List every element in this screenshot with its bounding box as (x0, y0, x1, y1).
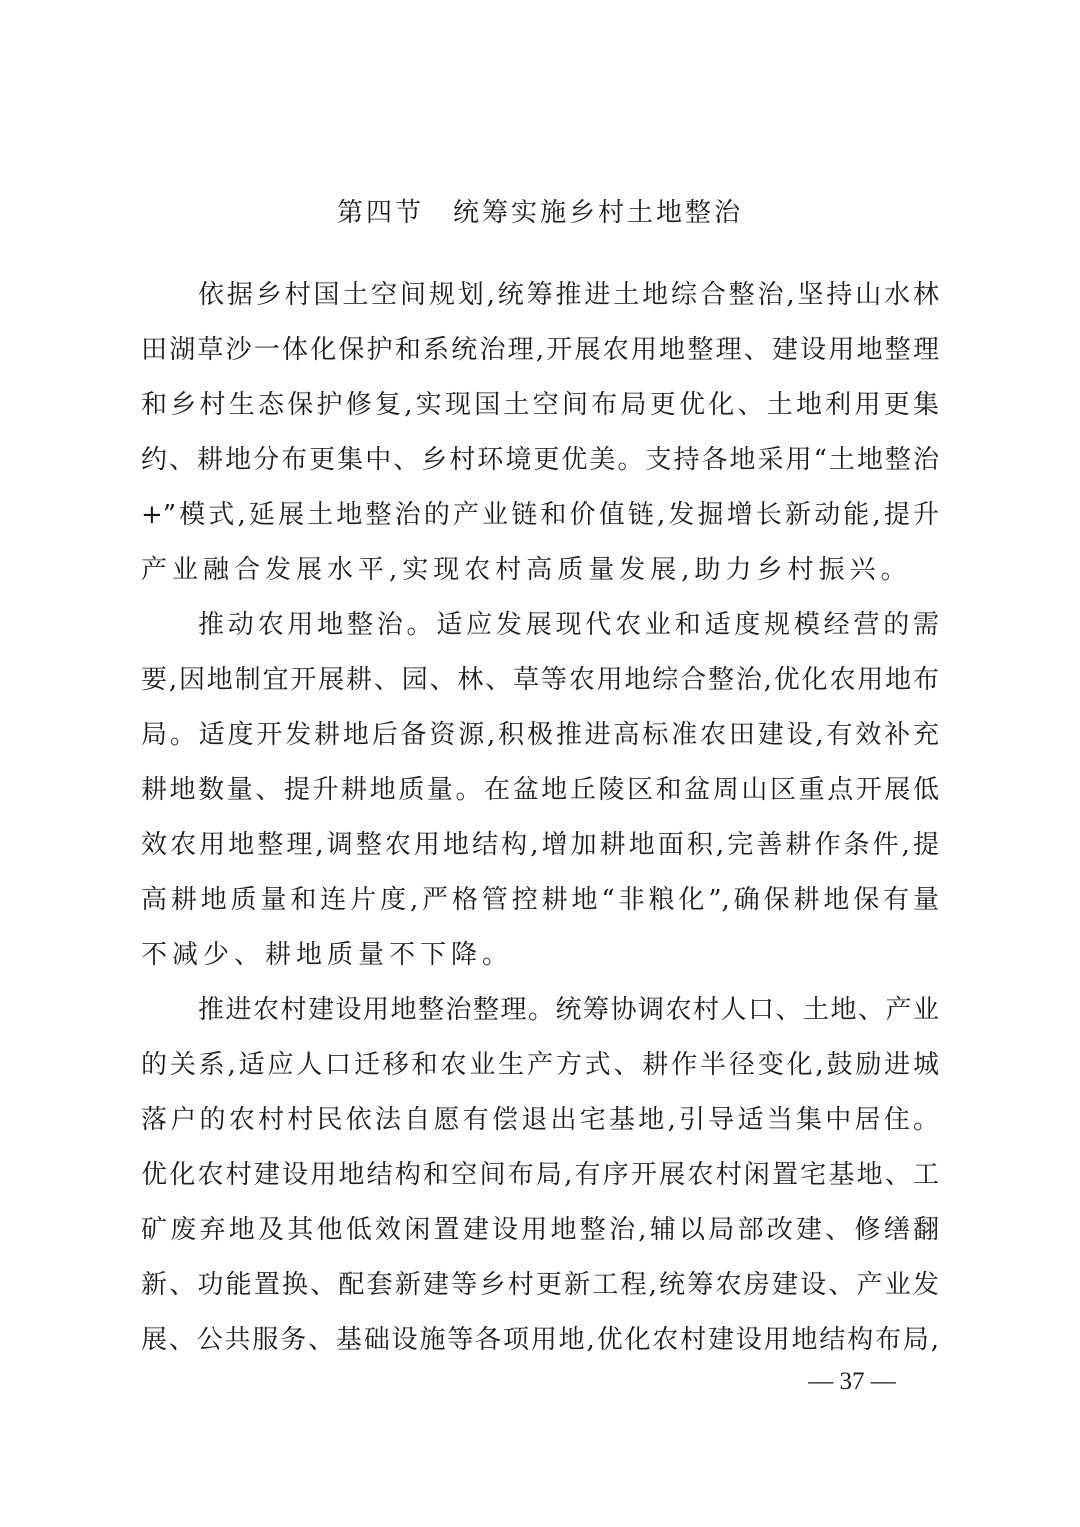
text-line: 依据乡村国土空间规划,统筹推进土地综合整治,坚持山水林 (141, 268, 939, 323)
page-number: — 37 — (0, 1362, 1070, 1402)
text-line: 不减少、耕地质量不下降。 (141, 928, 939, 983)
text-line: 展、公共服务、基础设施等各项用地,优化农村建设用地结构布局, (141, 1313, 939, 1368)
text-line: 田湖草沙一体化保护和系统治理,开展农用地整理、建设用地整理 (141, 323, 939, 378)
text-line: 矿废弃地及其他低效闲置建设用地整治,辅以局部改建、修缮翻 (141, 1203, 939, 1258)
text-line: 效农用地整理,调整农用地结构,增加耕地面积,完善耕作条件,提 (141, 818, 939, 873)
text-line: 高耕地质量和连片度,严格管控耕地“非粮化”,确保耕地保有量 (141, 873, 939, 928)
text-line: 产业融合发展水平,实现农村高质量发展,助力乡村振兴。 (141, 543, 939, 598)
text-line: 要,因地制宜开展耕、园、林、草等农用地综合整治,优化农用地布 (141, 653, 939, 708)
section-title: 第四节 统筹实施乡村土地整治 (0, 193, 1080, 233)
text-line: 推动农用地整治。适应发展现代农业和适度规模经营的需 (141, 598, 939, 653)
paragraph-farmland-consolidation: 推动农用地整治。适应发展现代农业和适度规模经营的需 要,因地制宜开展耕、园、林、… (141, 598, 939, 983)
text-line: 耕地数量、提升耕地质量。在盆地丘陵区和盆周山区重点开展低 (141, 763, 939, 818)
text-line: 落户的农村村民依法自愿有偿退出宅基地,引导适当集中居住。 (141, 1093, 939, 1148)
text-line: +”模式,延展土地整治的产业链和价值链,发掘增长新动能,提升 (141, 488, 939, 543)
text-line: 新、功能置换、配套新建等乡村更新工程,统筹农房建设、产业发 (141, 1258, 939, 1313)
text-line: 局。适度开发耕地后备资源,积极推进高标准农田建设,有效补充 (141, 708, 939, 763)
text-line: 和乡村生态保护修复,实现国土空间布局更优化、土地利用更集 (141, 378, 939, 433)
text-line: 的关系,适应人口迁移和农业生产方式、耕作半径变化,鼓励进城 (141, 1038, 939, 1093)
paragraph-rural-construction-land: 推进农村建设用地整治整理。统筹协调农村人口、土地、产业 的关系,适应人口迁移和农… (141, 983, 939, 1368)
paragraph-land-consolidation-intro: 依据乡村国土空间规划,统筹推进土地综合整治,坚持山水林 田湖草沙一体化保护和系统… (141, 268, 939, 598)
document-page: 第四节 统筹实施乡村土地整治 依据乡村国土空间规划,统筹推进土地综合整治,坚持山… (0, 0, 1080, 1527)
text-line: 优化农村建设用地结构和空间布局,有序开展农村闲置宅基地、工 (141, 1148, 939, 1203)
page-number-label: — 37 — (772, 1362, 932, 1402)
text-line: 推进农村建设用地整治整理。统筹协调农村人口、土地、产业 (141, 983, 939, 1038)
body-text: 依据乡村国土空间规划,统筹推进土地综合整治,坚持山水林 田湖草沙一体化保护和系统… (141, 268, 939, 1368)
text-line: 约、耕地分布更集中、乡村环境更优美。支持各地采用“土地整治 (141, 433, 939, 488)
